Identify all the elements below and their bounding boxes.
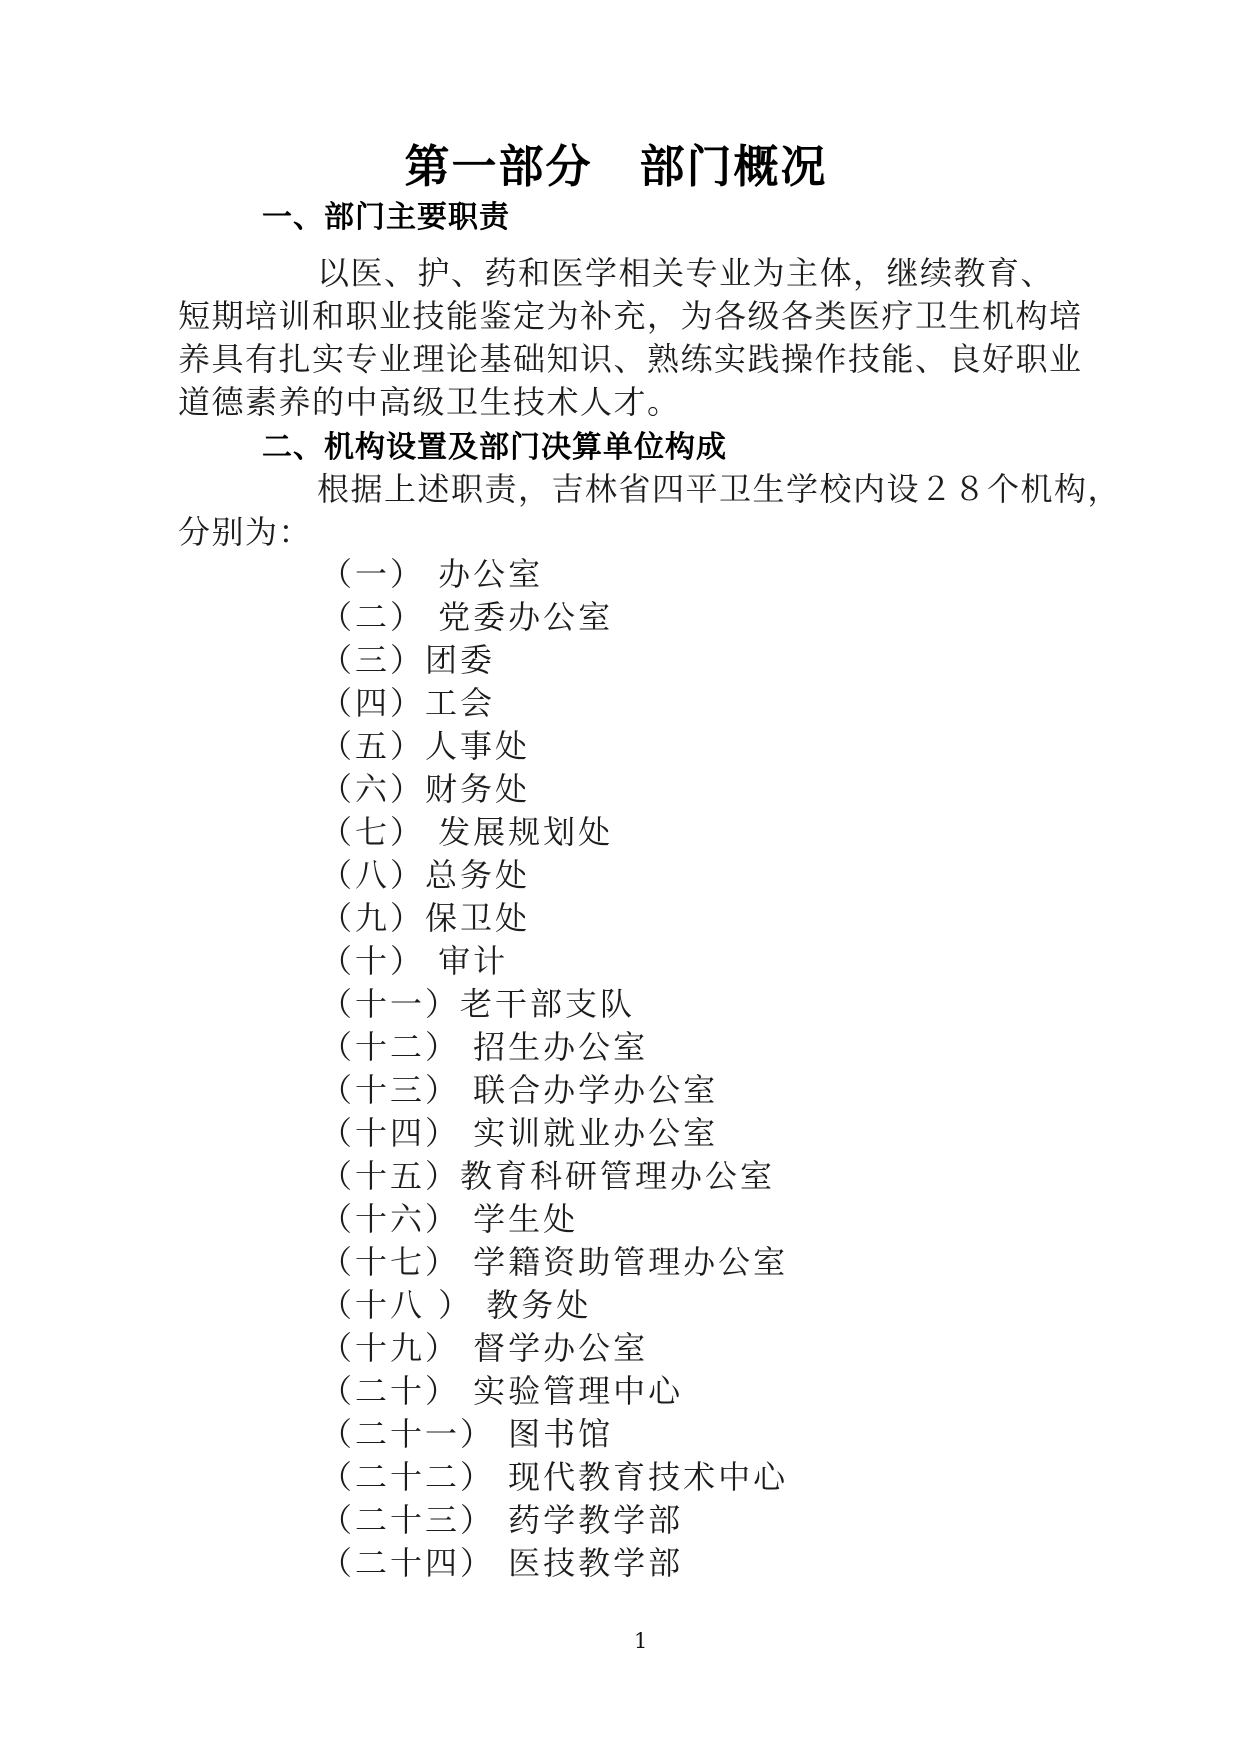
page-number: 1 — [634, 1628, 647, 1654]
paragraph-line: 根据上述职责，吉林省四平卫生学校内设２８个机构， — [178, 468, 1118, 511]
org-list-item: （十二） 招生办公室 — [178, 1026, 1118, 1069]
paragraph-line: 养具有扎实专业理论基础知识、熟练实践操作技能、良好职业 — [178, 338, 1118, 381]
org-list-item: （五）人事处 — [178, 725, 1118, 768]
org-list-item: （十一）老干部支队 — [178, 983, 1118, 1026]
section-1-paragraph: 以医、护、药和医学相关专业为主体，继续教育、 短期培训和职业技能鉴定为补充，为各… — [178, 252, 1118, 424]
org-list-item: （四）工会 — [178, 682, 1118, 725]
org-list-item: （二十四） 医技教学部 — [178, 1542, 1118, 1585]
org-list-item: （二十三） 药学教学部 — [178, 1499, 1118, 1542]
org-list-item: （二十二） 现代教育技术中心 — [178, 1456, 1118, 1499]
org-list-item: （十八 ） 教务处 — [178, 1284, 1118, 1327]
org-list-item: （九）保卫处 — [178, 897, 1118, 940]
org-list: （一） 办公室 （二） 党委办公室 （三）团委 （四）工会 （五）人事处 （六）… — [178, 553, 1118, 1585]
org-list-item: （八）总务处 — [178, 854, 1118, 897]
org-list-item: （二十一） 图书馆 — [178, 1413, 1118, 1456]
org-list-item: （十九） 督学办公室 — [178, 1327, 1118, 1370]
org-list-item: （十四） 实训就业办公室 — [178, 1112, 1118, 1155]
org-list-item: （一） 办公室 — [178, 553, 1118, 596]
document-title: 第一部分 部门概况 — [178, 138, 1054, 196]
paragraph-line: 道德素养的中高级卫生技术人才。 — [178, 381, 1118, 424]
section-2-paragraph: 根据上述职责，吉林省四平卫生学校内设２８个机构， 分别为： — [178, 468, 1118, 554]
paragraph-line: 以医、护、药和医学相关专业为主体，继续教育、 — [178, 252, 1118, 295]
section-2-heading: 二、机构设置及部门决算单位构成 — [262, 429, 727, 467]
document-page: 第一部分 部门概况 一、部门主要职责 以医、护、药和医学相关专业为主体，继续教育… — [0, 0, 1240, 1754]
section-1-heading: 一、部门主要职责 — [262, 199, 510, 237]
org-list-item: （三）团委 — [178, 639, 1118, 682]
org-list-item: （十） 审计 — [178, 940, 1118, 983]
org-list-item: （十六） 学生处 — [178, 1198, 1118, 1241]
org-list-item: （十五）教育科研管理办公室 — [178, 1155, 1118, 1198]
paragraph-line: 短期培训和职业技能鉴定为补充，为各级各类医疗卫生机构培 — [178, 295, 1118, 338]
org-list-item: （二十） 实验管理中心 — [178, 1370, 1118, 1413]
org-list-item: （十三） 联合办学办公室 — [178, 1069, 1118, 1112]
org-list-item: （六）财务处 — [178, 768, 1118, 811]
org-list-item: （十七） 学籍资助管理办公室 — [178, 1241, 1118, 1284]
org-list-item: （七） 发展规划处 — [178, 811, 1118, 854]
paragraph-line: 分别为： — [178, 511, 1118, 554]
org-list-item: （二） 党委办公室 — [178, 596, 1118, 639]
